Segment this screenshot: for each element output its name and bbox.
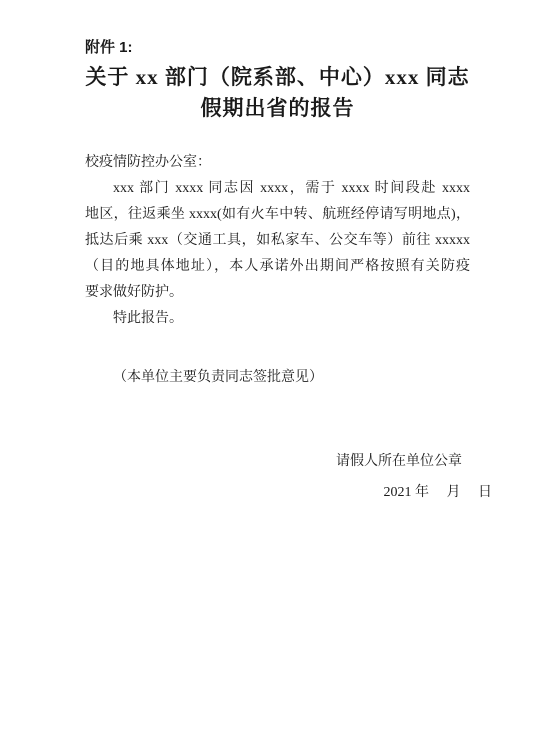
body-line: xxx 部门 xxxx 同志因 xxxx，需于 xxxx 时间段赴 xxxx: [85, 176, 470, 202]
closing-line: 特此报告。: [85, 306, 470, 332]
salutation: 校疫情防控办公室：: [85, 150, 470, 176]
body-line: 抵达后乘 xxx（交通工具，如私家车、公交车等）前往 xxxxx: [85, 228, 470, 254]
signature-date: 2021 年 月 日: [0, 480, 555, 506]
body-line: 要求做好防护。: [85, 280, 470, 306]
document-title-line-2: 假期出省的报告: [0, 93, 555, 124]
document-body: 校疫情防控办公室： xxx 部门 xxxx 同志因 xxxx，需于 xxxx 时…: [85, 150, 470, 391]
approval-note: （本单位主要负责同志签批意见）: [85, 365, 470, 391]
signature-block: 请假人所在单位公章 2021 年 月 日: [0, 449, 555, 506]
document-page: 附件 1: 关于 xx 部门（院系部、中心）xxx 同志 假期出省的报告 校疫情…: [0, 0, 555, 754]
attachment-label: 附件 1:: [85, 38, 133, 58]
body-line: 地区，往返乘坐 xxxx(如有火车中转、航班经停请写明地点)，: [85, 202, 470, 228]
document-title-line-1: 关于 xx 部门（院系部、中心）xxx 同志: [0, 62, 555, 93]
document-title: 关于 xx 部门（院系部、中心）xxx 同志 假期出省的报告: [0, 62, 555, 124]
signature-unit-seal: 请假人所在单位公章: [0, 449, 555, 475]
body-line: （目的地具体地址），本人承诺外出期间严格按照有关防疫: [85, 254, 470, 280]
